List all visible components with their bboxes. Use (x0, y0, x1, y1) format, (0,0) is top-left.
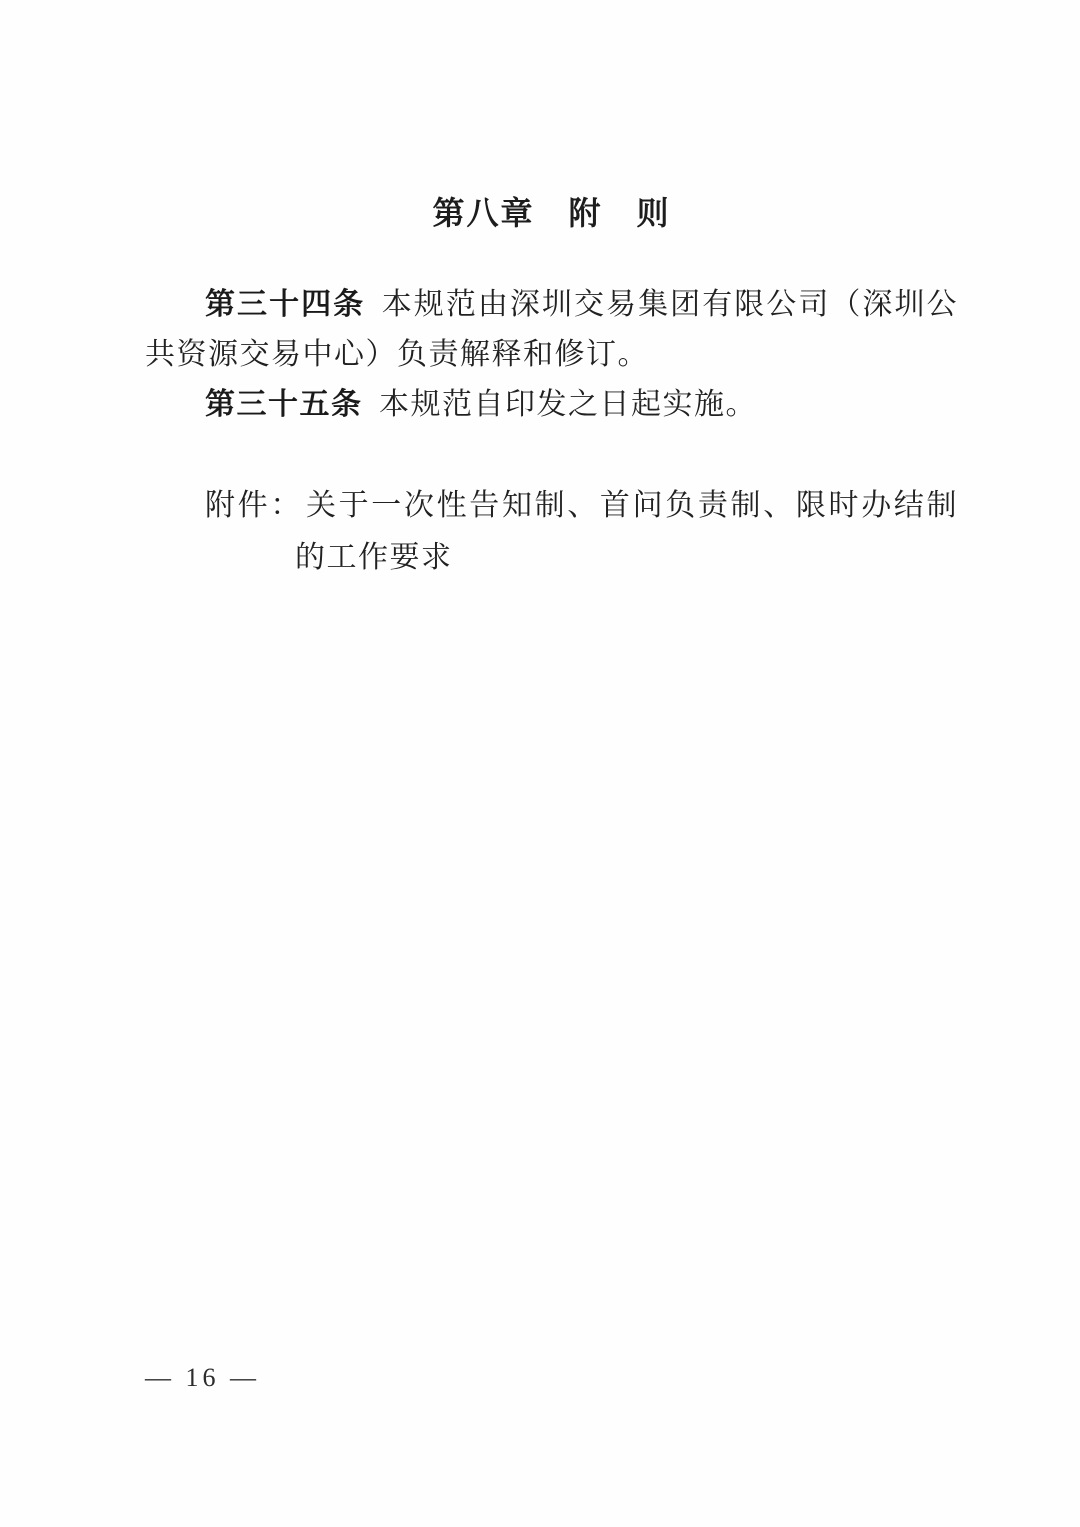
attachment-note: 附件：关于一次性告知制、首问负责制、限时办结制的工作要求 (145, 480, 958, 584)
article-paragraph-34: 第三十四条本规范由深圳交易集团有限公司（深圳公共资源交易中心）负责解释和修订。 (145, 280, 958, 380)
document-page: 第八章 附 则 第三十四条本规范由深圳交易集团有限公司（深圳公共资源交易中心）负… (0, 0, 1080, 1527)
document-content: 第八章 附 则 第三十四条本规范由深圳交易集团有限公司（深圳公共资源交易中心）负… (0, 0, 1080, 584)
attachment-text: 关于一次性告知制、首问负责制、限时办结制的工作要求 (295, 489, 958, 574)
page-number: — 16 — (145, 1363, 260, 1393)
article-text: 本规范自印发之日起实施。 (379, 388, 757, 421)
article-number: 第三十五条 (205, 388, 363, 421)
chapter-heading: 第八章 附 则 (145, 0, 958, 234)
attachment-label: 附件： (205, 489, 303, 522)
article-number: 第三十四条 (205, 288, 365, 321)
article-paragraph-35: 第三十五条本规范自印发之日起实施。 (145, 380, 958, 430)
